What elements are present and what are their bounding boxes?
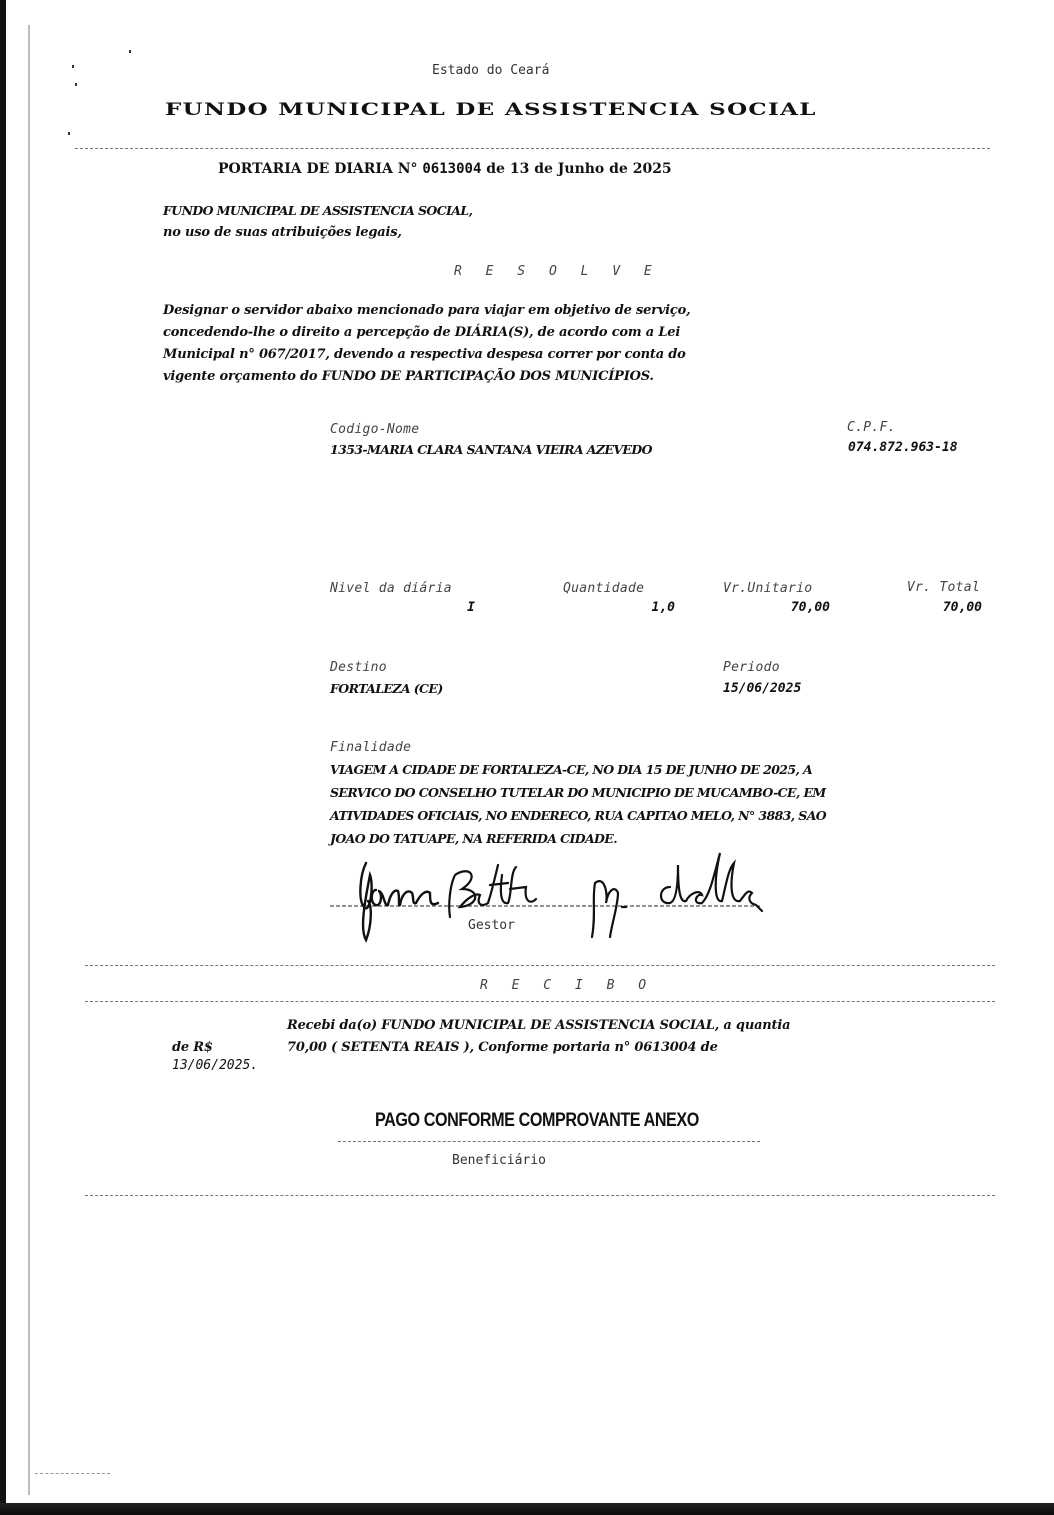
- quantidade-value: 1,0: [600, 600, 675, 615]
- finalidade-line: VIAGEM A CIDADE DE FORTALEZA-CE, NO DIA …: [330, 758, 970, 781]
- resolution-paragraph: Designar o servidor abaixo mencionado pa…: [163, 300, 783, 388]
- nivel-label: Nivel da diária: [330, 581, 452, 596]
- periodo-value: 15/06/2025: [723, 681, 801, 696]
- recibo-line-1: Recebi da(o) FUNDO MUNICIPAL DE ASSISTEN…: [287, 1018, 790, 1033]
- cpf-label: C.P.F.: [847, 420, 896, 435]
- periodo-label: Periodo: [723, 660, 780, 675]
- signature-line: [338, 1141, 760, 1142]
- finalidade-line: SERVICO DO CONSELHO TUTELAR DO MUNICIPIO…: [330, 781, 970, 804]
- scan-speck: [75, 83, 77, 86]
- recibo-currency-prefix: de R$: [172, 1040, 213, 1055]
- divider: [75, 148, 990, 149]
- portaria-date: de 13 de Junho de 2025: [486, 161, 671, 177]
- scan-speck: [129, 50, 131, 53]
- portaria-title: PORTARIA DE DIARIA N° 0613004 de 13 de J…: [218, 161, 672, 177]
- name-label: Codigo-Nome: [330, 422, 419, 437]
- beneficiario-label: Beneficiário: [452, 1153, 546, 1168]
- recibo-heading: R E C I B O: [480, 978, 654, 993]
- paid-stamp: PAGO CONFORME COMPROVANTE ANEXO: [375, 1110, 699, 1132]
- finalidade-label: Finalidade: [330, 740, 411, 755]
- unitario-value: 70,00: [740, 600, 830, 615]
- portaria-prefix: PORTARIA DE DIARIA N°: [218, 161, 418, 177]
- destino-label: Destino: [330, 660, 387, 675]
- scan-left-edge: [0, 0, 6, 1515]
- gestor-label: Gestor: [468, 918, 515, 933]
- name-value: 1353-MARIA CLARA SANTANA VIEIRA AZEVEDO: [330, 442, 652, 457]
- intro-org: FUNDO MUNICIPAL DE ASSISTENCIA SOCIAL,: [163, 203, 472, 218]
- divider: [85, 1195, 995, 1196]
- scan-fold-line: [28, 25, 30, 1495]
- paragraph-line: Designar o servidor abaixo mencionado pa…: [163, 300, 783, 322]
- total-value: 70,00: [880, 600, 982, 615]
- scan-artifact-line: [35, 1473, 110, 1474]
- scan-bottom-edge: [0, 1503, 1054, 1515]
- paragraph-line: concedendo-lhe o direito a percepção de …: [163, 322, 783, 344]
- organization-title: FUNDO MUNICIPAL DE ASSISTENCIA SOCIAL: [165, 100, 817, 120]
- recibo-date: 13/06/2025.: [172, 1058, 258, 1073]
- resolve-heading: R E S O L V E: [454, 264, 660, 279]
- nivel-value: I: [420, 600, 475, 615]
- finalidade-text: VIAGEM A CIDADE DE FORTALEZA-CE, NO DIA …: [330, 758, 970, 850]
- recibo-line-2: 70,00 ( SETENTA REAIS ), Conforme portar…: [287, 1040, 718, 1055]
- cpf-value: 074.872.963-18: [848, 440, 958, 455]
- state-name: Estado do Ceará: [432, 63, 549, 78]
- destino-value: FORTALEZA (CE): [330, 681, 443, 696]
- paragraph-line: vigente orçamento do FUNDO DE PARTICIPAÇ…: [163, 366, 783, 388]
- scan-speck: [72, 65, 74, 68]
- total-label: Vr. Total: [880, 580, 980, 595]
- quantidade-label: Quantidade: [563, 581, 644, 596]
- intro-text: no uso de suas atribuições legais,: [163, 225, 402, 240]
- divider: [85, 965, 995, 966]
- finalidade-line: ATIVIDADES OFICIAIS, NO ENDERECO, RUA CA…: [330, 804, 970, 827]
- portaria-number: 0613004: [422, 161, 481, 177]
- paragraph-line: Municipal n° 067/2017, devendo a respect…: [163, 344, 783, 366]
- divider: [85, 1001, 995, 1002]
- unitario-label: Vr.Unitario: [723, 581, 812, 596]
- scan-speck: [68, 132, 70, 135]
- handwritten-signature: [330, 845, 770, 945]
